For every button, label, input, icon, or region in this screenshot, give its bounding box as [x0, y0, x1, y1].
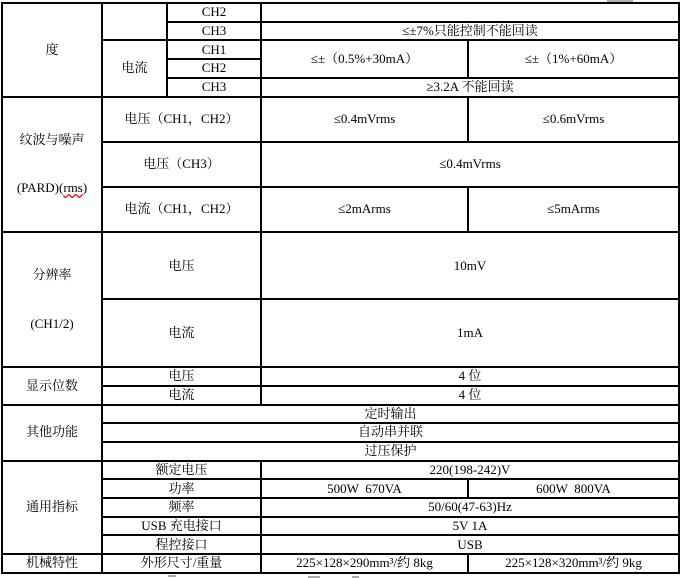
row-label-ripple-current-ch12: 电流（CH1，CH2） [102, 187, 261, 232]
group-label-mechanical: 机械特性 [2, 554, 102, 573]
row-label-resolution-voltage: 电压 [102, 232, 261, 300]
stray-proofing-mark [168, 575, 176, 577]
value-frequency: 50/60(47-63)Hz [261, 498, 679, 517]
table-row: 度 CH2 [2, 3, 679, 22]
value-voltage-ch2 [261, 3, 679, 22]
row-label-resolution-current: 电流 [102, 299, 261, 367]
table-row: 过压保护 [2, 442, 679, 461]
value-voltage-ch3: ≤±7%只能控制不能回读 [261, 22, 679, 41]
ripple-label-line1: 纹波与噪声 [5, 132, 99, 148]
row-label-frequency: 频率 [102, 498, 261, 517]
group-label-other-functions: 其他功能 [2, 405, 102, 461]
row-label-remote-port: 程控接口 [102, 535, 261, 554]
resolution-label-line1: 分辨率 [5, 267, 99, 283]
sub-group-label-current: 电流 [102, 40, 167, 96]
value-other-function-1: 定时输出 [102, 405, 679, 424]
value-rated-voltage: 220(198-242)V [261, 461, 679, 480]
value-remote-port: USB [261, 535, 679, 554]
group-label-accuracy: 度 [2, 3, 102, 97]
group-label-general-specs: 通用指标 [2, 461, 102, 555]
table-row: 功率 500W 670VA 600W 800VA [2, 479, 679, 498]
ripple-label-line2: (PARD)(rms) [5, 180, 99, 196]
resolution-label-line2: (CH1/2) [5, 316, 99, 332]
value-ripple-current-ch12-right: ≤5mArms [468, 187, 679, 232]
table-row: 频率 50/60(47-63)Hz [2, 498, 679, 517]
channel-label-ch2: CH2 [167, 3, 261, 22]
ripple-label-rms: rms [63, 180, 83, 195]
value-current-right: ≤±（1%+60mA） [468, 40, 679, 77]
table-row: 自动串并联 [2, 423, 679, 442]
value-power-right: 600W 800VA [468, 479, 679, 498]
value-resolution-current: 1mA [261, 299, 679, 367]
row-label-digits-current: 电流 [102, 386, 261, 405]
group-label-resolution: 分辨率 (CH1/2) [2, 232, 102, 367]
table-row: 程控接口 USB [2, 535, 679, 554]
value-current-ch3: ≥3.2A 不能回读 [261, 78, 679, 97]
sub-group-empty [102, 3, 167, 40]
value-ripple-voltage-ch12-left: ≤0.4mVrms [261, 97, 468, 142]
table-row: USB 充电接口 5V 1A [2, 517, 679, 536]
table-row: 电流（CH1，CH2） ≤2mArms ≤5mArms [2, 187, 679, 232]
spec-table: 度 CH2 CH3 ≤±7%只能控制不能回读 电流 CH1 ≤±（0.5%+30… [1, 2, 680, 574]
ripple-label-prefix: (PARD)( [17, 180, 63, 195]
ripple-label-suffix: ) [83, 180, 87, 195]
table-row: 纹波与噪声 (PARD)(rms) 电压（CH1，CH2） ≤0.4mVrms … [2, 97, 679, 142]
row-label-ripple-voltage-ch3: 电压（CH3） [102, 142, 261, 187]
value-ripple-voltage-ch3: ≤0.4mVrms [261, 142, 679, 187]
table-row: 显示位数 电压 4 位 [2, 367, 679, 386]
group-label-display-digits: 显示位数 [2, 367, 102, 404]
row-label-usb-charge-port: USB 充电接口 [102, 517, 261, 536]
channel-label-ch2: CH2 [167, 59, 261, 78]
row-label-ripple-voltage-ch12: 电压（CH1，CH2） [102, 97, 261, 142]
value-digits-voltage: 4 位 [261, 367, 679, 386]
channel-label-ch3: CH3 [167, 22, 261, 41]
value-digits-current: 4 位 [261, 386, 679, 405]
table-row: 分辨率 (CH1/2) 电压 10mV [2, 232, 679, 300]
value-usb-charge-port: 5V 1A [261, 517, 679, 536]
value-dimensions-weight-left: 225×128×290mm³/约 8kg [261, 554, 468, 573]
value-ripple-current-ch12-left: ≤2mArms [261, 187, 468, 232]
table-row: 通用指标 额定电压 220(198-242)V [2, 461, 679, 480]
value-current-left: ≤±（0.5%+30mA） [261, 40, 468, 77]
value-other-function-3: 过压保护 [102, 442, 679, 461]
table-row: 电流 1mA [2, 299, 679, 367]
row-label-digits-voltage: 电压 [102, 367, 261, 386]
table-row: 机械特性 外形尺寸/重量 225×128×290mm³/约 8kg 225×12… [2, 554, 679, 573]
row-label-dimensions-weight: 外形尺寸/重量 [102, 554, 261, 573]
group-label-ripple-noise: 纹波与噪声 (PARD)(rms) [2, 97, 102, 232]
channel-label-ch3: CH3 [167, 78, 261, 97]
table-row: 其他功能 定时输出 [2, 405, 679, 424]
row-label-power: 功率 [102, 479, 261, 498]
value-power-left: 500W 670VA [261, 479, 468, 498]
value-ripple-voltage-ch12-right: ≤0.6mVrms [468, 97, 679, 142]
table-row: 电流 CH1 ≤±（0.5%+30mA） ≤±（1%+60mA） [2, 40, 679, 59]
value-resolution-voltage: 10mV [261, 232, 679, 300]
table-row: 电压（CH3） ≤0.4mVrms [2, 142, 679, 187]
channel-label-ch1: CH1 [167, 40, 261, 59]
value-dimensions-weight-right: 225×128×320mm³/约 9kg [468, 554, 679, 573]
row-label-rated-voltage: 额定电压 [102, 461, 261, 480]
value-other-function-2: 自动串并联 [102, 423, 679, 442]
table-row: 电流 4 位 [2, 386, 679, 405]
